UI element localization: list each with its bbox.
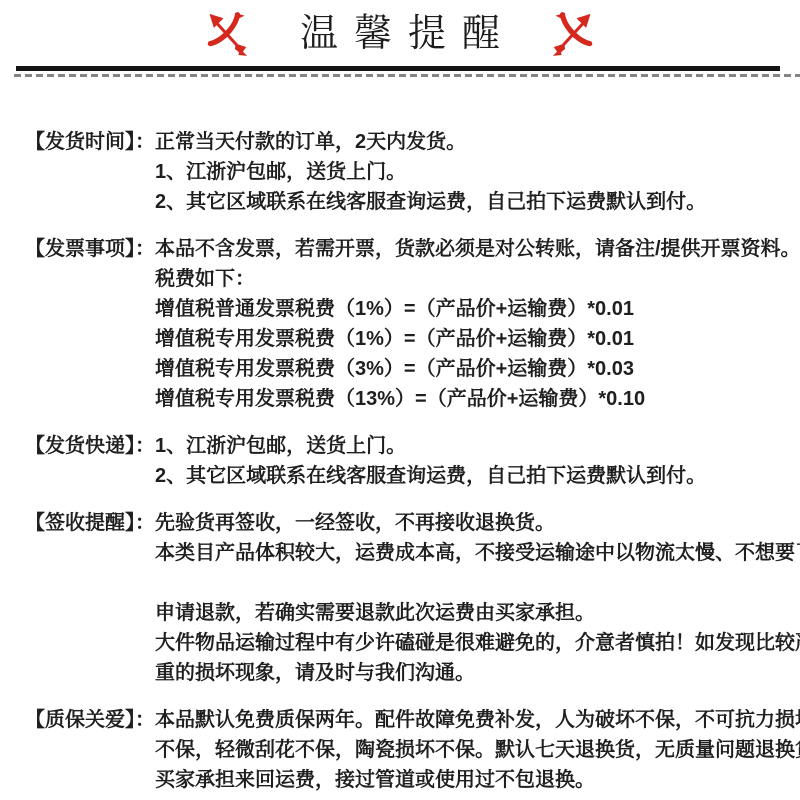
notice-header: 温馨提醒 xyxy=(0,0,800,58)
text-line: 增值税专用发票税费（1%）=（产品价+运输费）*0.01 xyxy=(155,324,792,354)
section-shipping-time: 【发货时间】： 正常当天付款的订单，2天内发货。1、江浙沪包邮，送货上门。2、其… xyxy=(25,127,792,217)
text-line: 先验货再签收，一经签收，不再接收退换货。 xyxy=(155,508,792,538)
text-line: 本品不含发票，若需开票，货款必须是对公转账，请备注/提供开票资料。 xyxy=(155,234,792,264)
notice-page: 温馨提醒 【发货时间】： 正常当天付款的订单，2天内发货。1、江浙沪包邮，送货上… xyxy=(0,0,800,800)
text-line: 增值税专用发票税费（13%）=（产品价+运输费）*0.10 xyxy=(155,384,792,414)
text-line: 正常当天付款的订单，2天内发货。 xyxy=(155,127,792,157)
notice-body: 【发货时间】： 正常当天付款的订单，2天内发货。1、江浙沪包邮，送货上门。2、其… xyxy=(0,77,800,795)
section-invoice-matters: 【发票事项】： 本品不含发票，若需开票，货款必须是对公转账，请备注/提供开票资料… xyxy=(25,234,792,414)
text-line: 1、江浙沪包邮，送货上门。 xyxy=(155,431,792,461)
page-title: 温馨提醒 xyxy=(284,15,516,53)
text-line: 本类目产品体积较大，运费成本高，不接受运输途中以物流太慢、不想要了 xyxy=(155,538,792,568)
section-signoff-reminder: 【签收提醒】： 先验货再签收，一经签收，不再接收退换货。本类目产品体积较大，运费… xyxy=(25,508,792,688)
text-line: 增值税专用发票税费（3%）=（产品价+运输费）*0.03 xyxy=(155,354,792,384)
text-line: 不保，轻微刮花不保，陶瓷损坏不保。默认七天退换货，无质量问题退换货 xyxy=(155,735,792,765)
text-line: 大件物品运输过程中有少许磕碰是很难避免的，介意者慎拍！如发现比较严 xyxy=(155,628,792,658)
blank-line xyxy=(155,568,792,598)
section-content: 本品默认免费质保两年。配件故障免费补发，人为破坏不保，不可抗力损坏不保，轻微刮花… xyxy=(155,705,792,795)
text-line: 1、江浙沪包邮，送货上门。 xyxy=(155,157,792,187)
section-content: 1、江浙沪包邮，送货上门。2、其它区域联系在线客服查询运费，自己拍下运费默认到付… xyxy=(155,431,792,491)
section-content: 本品不含发票，若需开票，货款必须是对公转账，请备注/提供开票资料。税费如下：增值… xyxy=(155,234,792,414)
section-shipping-express: 【发货快递】： 1、江浙沪包邮，送货上门。2、其它区域联系在线客服查询运费，自己… xyxy=(25,431,792,491)
section-warranty-care: 【质保关爱】： 本品默认免费质保两年。配件故障免费补发，人为破坏不保，不可抗力损… xyxy=(25,705,792,795)
section-content: 先验货再签收，一经签收，不再接收退换货。本类目产品体积较大，运费成本高，不接受运… xyxy=(155,508,792,688)
separator-solid-line xyxy=(16,66,780,71)
text-line: 税费如下： xyxy=(155,264,792,294)
section-label: 【发票事项】： xyxy=(25,234,155,264)
text-line: 2、其它区域联系在线客服查询运费，自己拍下运费默认到付。 xyxy=(155,461,792,491)
text-line: 2、其它区域联系在线客服查询运费，自己拍下运费默认到付。 xyxy=(155,187,792,217)
bow-arrow-icon xyxy=(552,9,594,59)
text-line: 增值税普通发票税费（1%）=（产品价+运输费）*0.01 xyxy=(155,294,792,324)
section-label: 【发货快递】： xyxy=(25,431,155,461)
section-label: 【质保关爱】： xyxy=(25,705,155,735)
section-label: 【签收提醒】： xyxy=(25,508,155,538)
text-line: 买家承担来回运费，接过管道或使用过不包退换。 xyxy=(155,765,792,795)
section-label: 【发货时间】： xyxy=(25,127,155,157)
text-line: 申请退款，若确实需要退款此次运费由买家承担。 xyxy=(155,598,792,628)
text-line: 重的损坏现象，请及时与我们沟通。 xyxy=(155,658,792,688)
text-line: 本品默认免费质保两年。配件故障免费补发，人为破坏不保，不可抗力损坏 xyxy=(155,705,792,735)
section-content: 正常当天付款的订单，2天内发货。1、江浙沪包邮，送货上门。2、其它区域联系在线客… xyxy=(155,127,792,217)
bow-arrow-icon xyxy=(206,9,248,59)
